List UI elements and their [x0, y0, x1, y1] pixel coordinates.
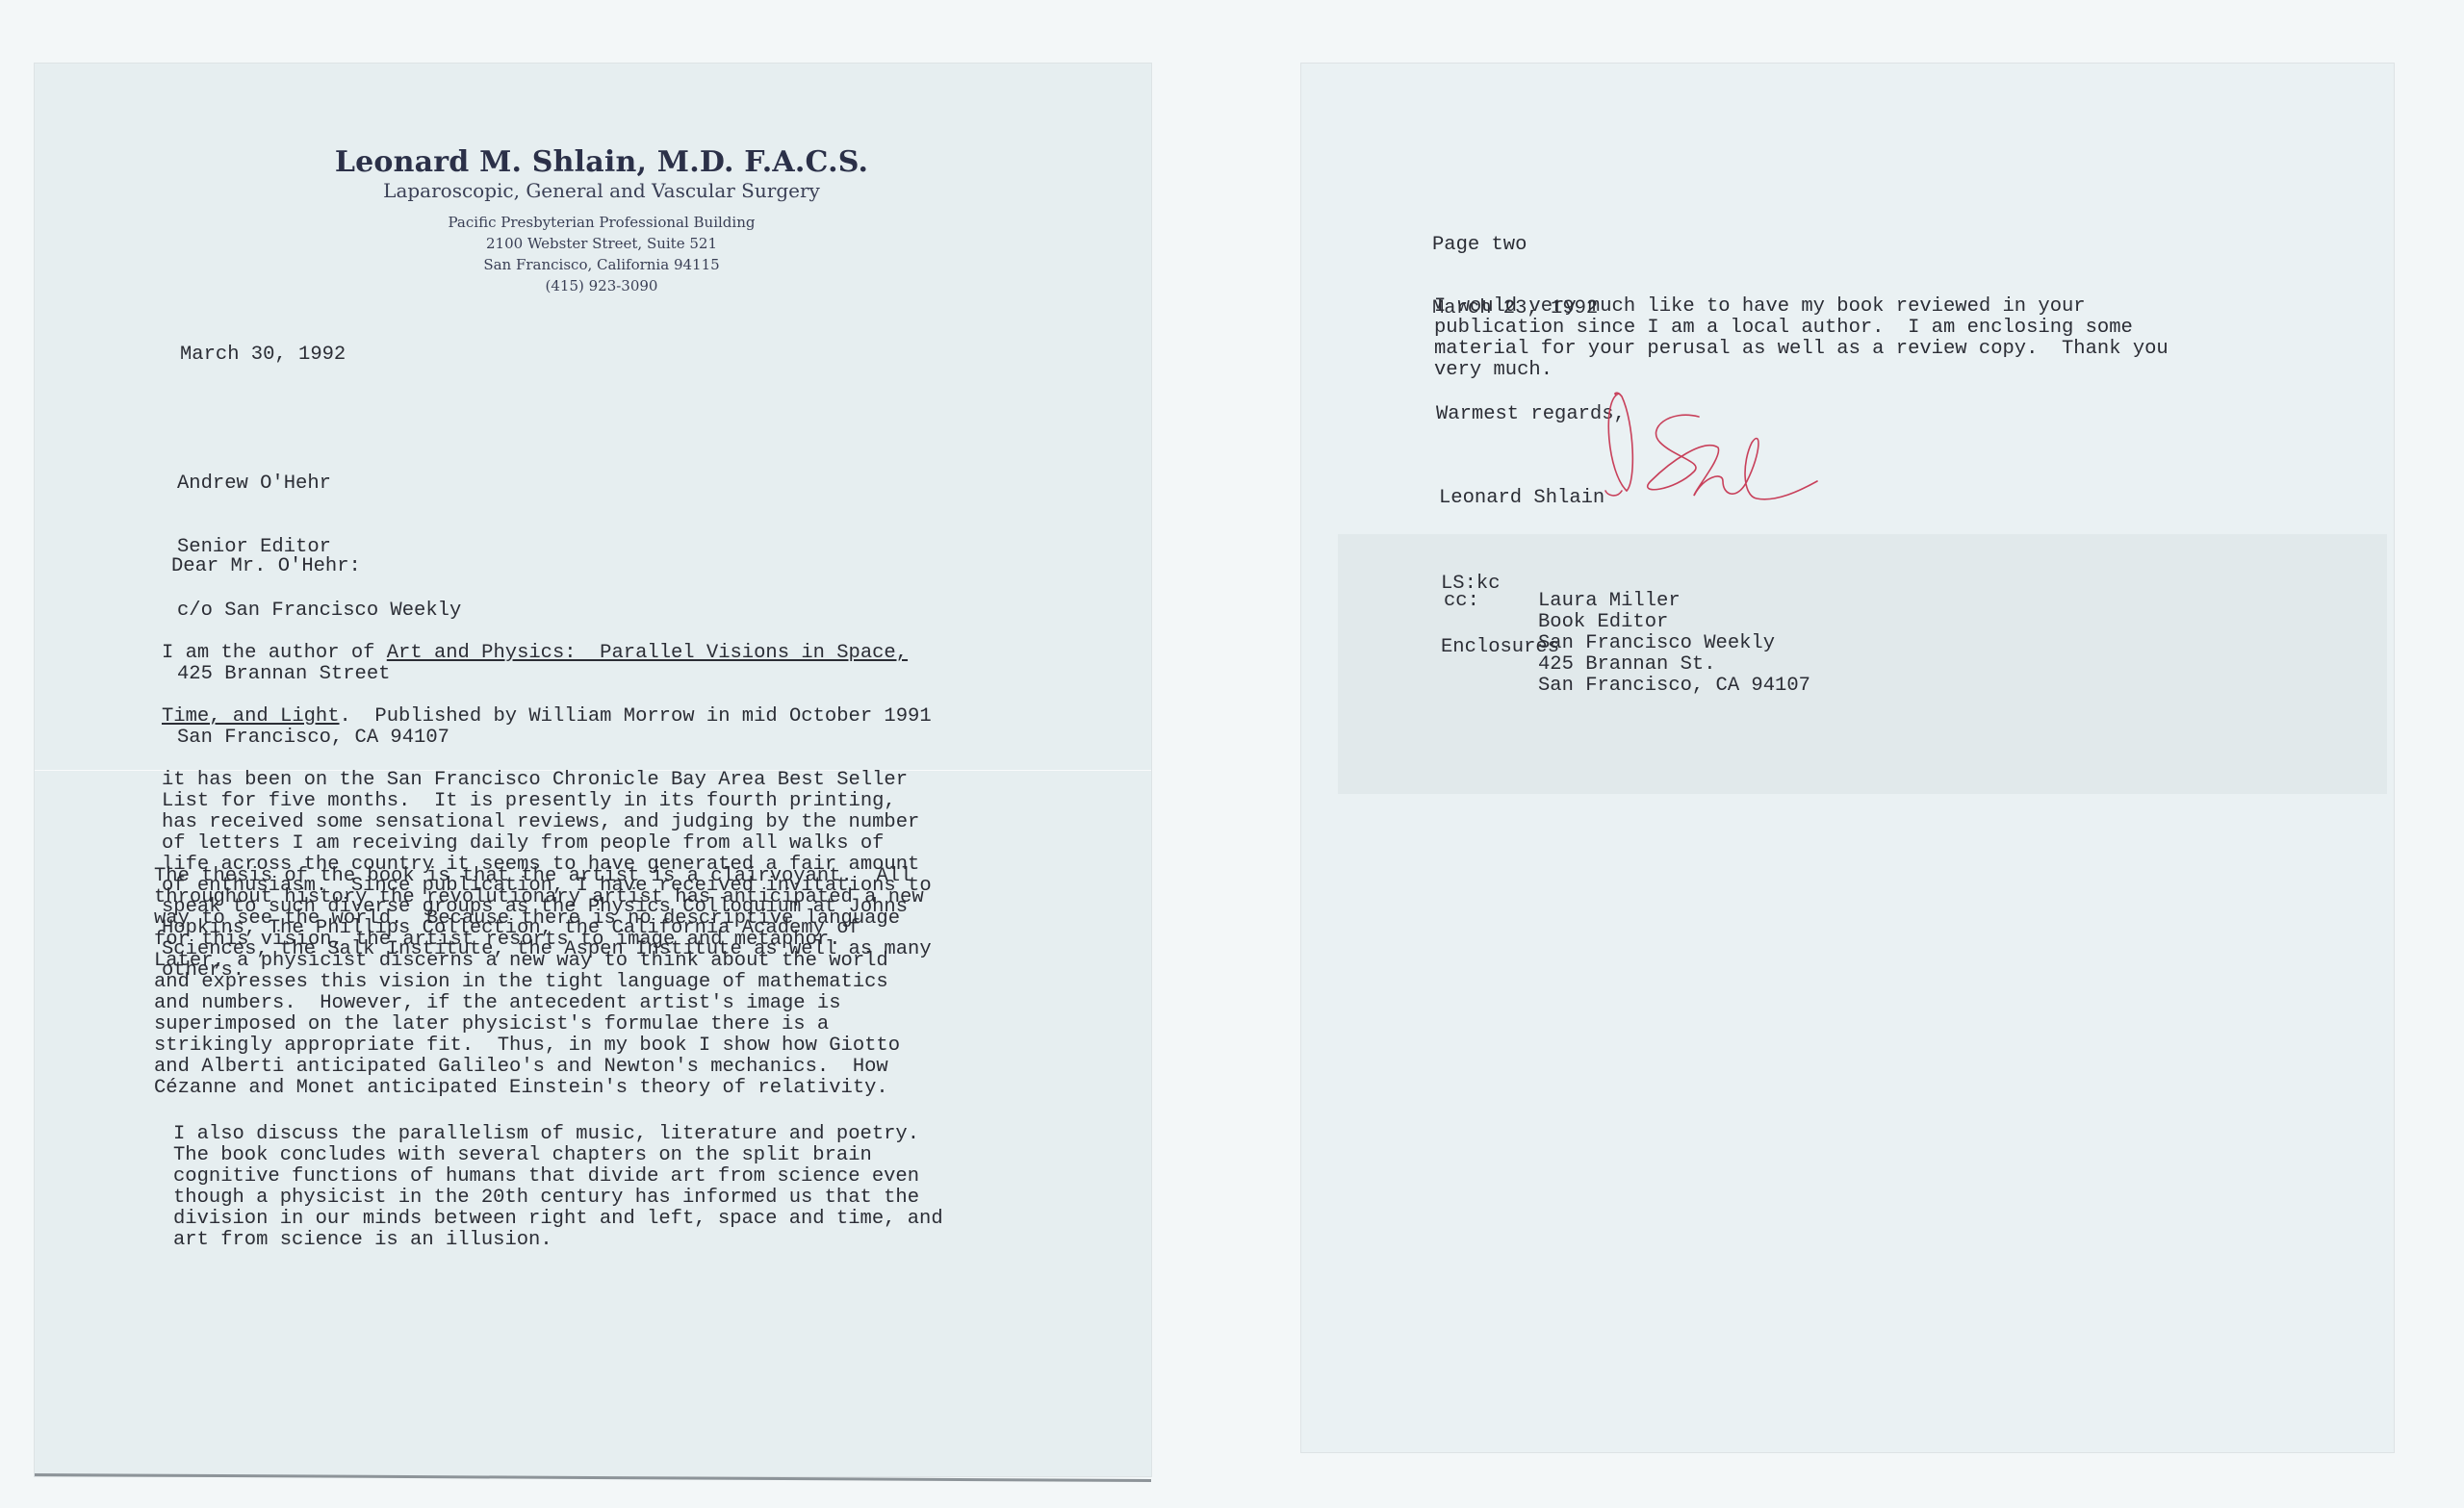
letterhead-specialty: Laparoscopic, General and Vascular Surge…	[0, 179, 1203, 202]
paragraph-line: and Alberti anticipated Galileo's and Ne…	[154, 1057, 924, 1078]
paragraph-line: I would very much like to have my book r…	[1434, 296, 2169, 318]
paragraph-line: and expresses this vision in the tight l…	[154, 972, 924, 993]
letterhead-building: Pacific Presbyterian Professional Buildi…	[0, 212, 1203, 233]
paragraph-line: it has been on the San Francisco Chronic…	[162, 770, 932, 791]
paragraph-line: though a physicist in the 20th century h…	[173, 1188, 943, 1209]
cc-line: San Francisco, CA 94107	[1538, 676, 1810, 697]
paragraph-line: art from science is an illusion.	[173, 1230, 943, 1251]
letterhead-phone: (415) 923-3090	[0, 275, 1203, 296]
paragraph-text: I am the author of	[162, 642, 387, 664]
cc-line: 425 Brannan St.	[1538, 654, 1810, 676]
paragraph-line: and numbers. However, if the antecedent …	[154, 993, 924, 1014]
paragraph-line: cognitive functions of humans that divid…	[173, 1166, 943, 1188]
letter-date: March 30, 1992	[180, 345, 346, 366]
paragraph-text: . Published by William Morrow in mid Oct…	[340, 705, 932, 728]
paragraph-line: throughout history the revolutionary art…	[154, 887, 924, 908]
signature	[1578, 385, 1838, 529]
cc-list: Laura MillerBook EditorSan Francisco Wee…	[1538, 591, 1810, 697]
salutation: Dear Mr. O'Hehr:	[171, 556, 361, 577]
paragraph-line: The book concludes with several chapters…	[173, 1145, 943, 1166]
paragraph-line: The thesis of the book is that the artis…	[154, 866, 924, 887]
paragraph-line: publication since I am a local author. I…	[1434, 318, 2169, 339]
cc-line: San Francisco Weekly	[1538, 633, 1810, 654]
paragraph-two: The thesis of the book is that the artis…	[154, 866, 924, 1099]
cc-label: cc:	[1444, 591, 1479, 612]
letterhead-street: 2100 Webster Street, Suite 521	[0, 233, 1203, 254]
cc-line: Laura Miller	[1538, 591, 1810, 612]
cc-line: Book Editor	[1538, 612, 1810, 633]
page-two-body: I would very much like to have my book r…	[1434, 296, 2169, 381]
paragraph-line: for this vision, the artist resorts to i…	[154, 930, 924, 951]
paragraph-line: very much.	[1434, 360, 2169, 381]
paragraph-line: superimposed on the later physicist's fo…	[154, 1014, 924, 1035]
paragraph-line: I also discuss the parallelism of music,…	[173, 1124, 943, 1145]
book-title: Time, and Light	[162, 705, 340, 728]
paragraph-three: I also discuss the parallelism of music,…	[173, 1124, 943, 1251]
paragraph-line: of letters I am receiving daily from peo…	[162, 833, 932, 855]
letterhead: Leonard M. Shlain, M.D. F.A.C.S. Laparos…	[0, 146, 1203, 296]
page-number: Page two	[1432, 235, 1598, 256]
signer-name: Leonard Shlain	[1439, 488, 1604, 509]
letterhead-city: San Francisco, California 94115	[0, 254, 1203, 275]
paragraph-line: Cézanne and Monet anticipated Einstein's…	[154, 1078, 924, 1099]
paragraph-line: List for five months. It is presently in…	[162, 791, 932, 812]
paragraph-line: way to see the world. Because there is n…	[154, 908, 924, 930]
letterhead-name: Leonard M. Shlain, M.D. F.A.C.S.	[0, 146, 1203, 179]
recipient-line: Andrew O'Hehr	[177, 473, 461, 495]
book-title: Art and Physics: Parallel Visions in Spa…	[387, 642, 908, 664]
paragraph-line: strikingly appropriate fit. Thus, in my …	[154, 1035, 924, 1057]
paragraph-line: has received some sensational reviews, a…	[162, 812, 932, 833]
paragraph-line: Later, a physicist discerns a new way to…	[154, 951, 924, 972]
paragraph-line: material for your perusal as well as a r…	[1434, 339, 2169, 360]
paragraph-line: division in our minds between right and …	[173, 1209, 943, 1230]
